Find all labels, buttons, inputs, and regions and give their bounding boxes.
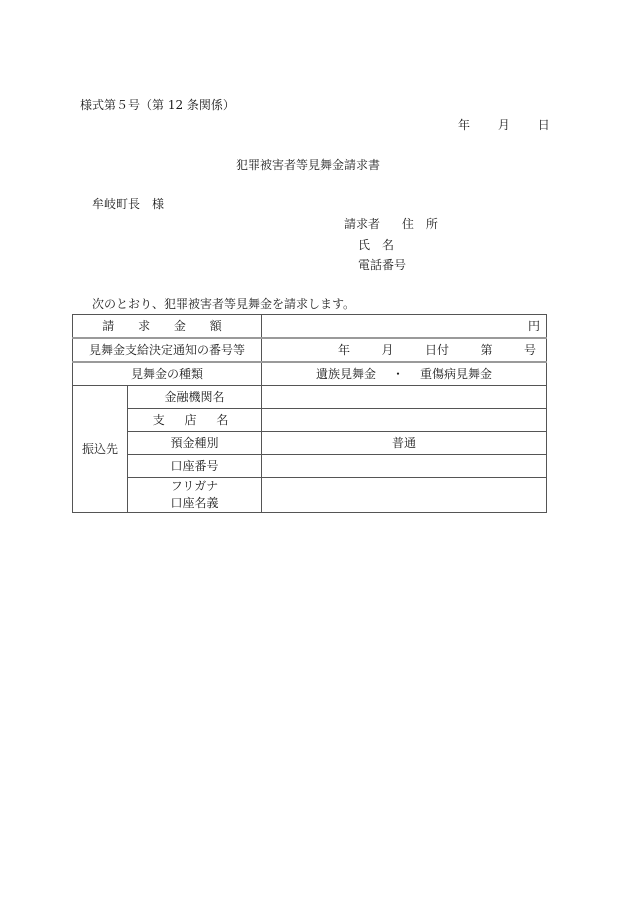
kind-option-serious-injury[interactable]: 重傷病見舞金 <box>420 367 492 381</box>
intro-text: 次のとおり、犯罪被害者等見舞金を請求します。 <box>92 297 355 311</box>
notice-field[interactable]: 年 月 日付 第 号 <box>262 338 547 362</box>
notice-row: 見舞金支給決定通知の番号等 年 月 日付 第 号 <box>73 338 547 362</box>
date-day: 日 <box>538 118 550 132</box>
bank-name-label: 金融機関名 <box>128 386 262 409</box>
amount-label: 請 求 金 額 <box>73 315 262 339</box>
claimant-address: 請求者 住 所 <box>344 217 438 231</box>
deposit-type-field[interactable]: 普通 <box>262 432 547 455</box>
date-line: 年 月 日 <box>458 118 550 132</box>
form-number: 様式第５号（第 12 条関係） <box>80 98 235 112</box>
account-number-label: 口座番号 <box>128 455 262 478</box>
date-year: 年 <box>458 118 470 132</box>
transfer-row-deposit-type: 預金種別 普通 <box>73 432 547 455</box>
kind-separator: ・ <box>392 367 404 381</box>
kind-option-bereaved[interactable]: 遺族見舞金 <box>316 367 376 381</box>
phone-label: 電話番号 <box>358 258 406 272</box>
transfer-row-branch: 支 店 名 <box>73 409 547 432</box>
notice-number-prefix: 第 <box>480 343 492 357</box>
kind-row: 見舞金の種類 遺族見舞金 ・ 重傷病見舞金 <box>73 362 547 386</box>
yen-unit: 円 <box>528 319 540 333</box>
claimant-label: 請求者 <box>344 217 380 231</box>
addressee: 牟岐町長 様 <box>92 197 164 211</box>
account-holder-label: フリガナ 口座名義 <box>128 478 262 513</box>
kind-field[interactable]: 遺族見舞金 ・ 重傷病見舞金 <box>262 362 547 386</box>
notice-label: 見舞金支給決定通知の番号等 <box>73 338 262 362</box>
deposit-type-label: 預金種別 <box>128 432 262 455</box>
transfer-group-label: 振込先 <box>73 386 128 513</box>
bank-name-field[interactable] <box>262 386 547 409</box>
account-number-field[interactable] <box>262 455 547 478</box>
transfer-row-bank: 振込先 金融機関名 <box>73 386 547 409</box>
date-month: 月 <box>498 118 510 132</box>
name-label: 氏 名 <box>358 238 394 252</box>
kind-label: 見舞金の種類 <box>73 362 262 386</box>
account-holder-field[interactable] <box>262 478 547 513</box>
notice-dated: 日付 <box>425 343 449 357</box>
amount-row: 請 求 金 額 円 <box>73 315 547 339</box>
account-holder-name-label: 口座名義 <box>134 495 255 512</box>
notice-number-suffix: 号 <box>524 343 536 357</box>
claim-table: 請 求 金 額 円 見舞金支給決定通知の番号等 年 月 日付 第 号 見舞金の種… <box>72 314 547 513</box>
transfer-row-account-number: 口座番号 <box>73 455 547 478</box>
branch-name-field[interactable] <box>262 409 547 432</box>
notice-month: 月 <box>382 343 394 357</box>
branch-name-label: 支 店 名 <box>128 409 262 432</box>
address-label: 住 所 <box>402 217 438 231</box>
transfer-row-account-holder: フリガナ 口座名義 <box>73 478 547 513</box>
document-title: 犯罪被害者等見舞金請求書 <box>236 158 380 172</box>
notice-year: 年 <box>338 343 350 357</box>
furigana-label: フリガナ <box>134 478 255 495</box>
amount-field[interactable]: 円 <box>262 315 547 339</box>
